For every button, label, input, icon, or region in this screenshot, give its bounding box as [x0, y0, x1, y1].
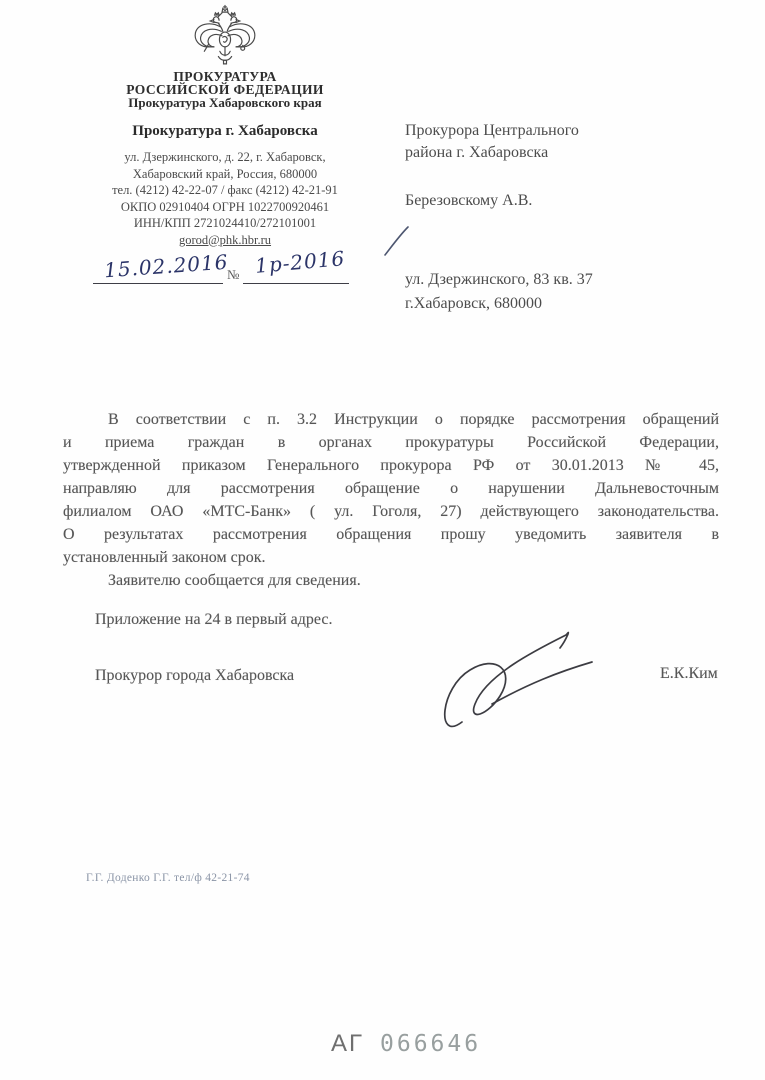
number-underline — [243, 282, 349, 284]
signoff-title: Прокурор города Хабаровска — [95, 667, 294, 685]
pen-signature-icon — [440, 622, 605, 747]
letterhead-address-line1: ул. Дзержинского, д. 22, г. Хабаровск, — [60, 149, 390, 166]
signoff-name: Е.К.Ким — [660, 665, 718, 683]
handwritten-number: 1р-2016 — [254, 246, 346, 278]
attachment-line: Приложение на 24 в первый адрес. — [95, 611, 332, 629]
stamp-series: АГ — [331, 1030, 364, 1058]
recipient-block: Прокурора Центрального района г. Хабаров… — [405, 120, 579, 212]
russian-coat-of-arms-icon — [188, 4, 262, 72]
body-paragraph: В соответствии с п. 3.2 Инструкции о пор… — [63, 408, 719, 592]
recipient-address: ул. Дзержинского, 83 кв. 37 г.Хабаровск,… — [405, 268, 593, 316]
office-name: Прокуратура г. Хабаровска — [60, 123, 390, 140]
letterhead-okpo-line: ОКПО 02910404 ОГРН 1022700920461 — [60, 199, 390, 216]
body-line: Заявителю сообщается для сведения. — [63, 569, 719, 592]
pen-slash-mark-icon — [380, 222, 414, 258]
body-line: О результатах рассмотрения обращения про… — [63, 523, 719, 546]
body-line: утвержденной приказом Генерального проку… — [63, 454, 719, 477]
letterhead-address-line2: Хабаровский край, Россия, 680000 — [60, 166, 390, 183]
body-line: направляю для рассмотрения обращение о н… — [63, 477, 719, 500]
spacer — [405, 164, 579, 190]
recipient-address-line1: ул. Дзержинского, 83 кв. 37 — [405, 268, 593, 292]
stamp-number: 066646 — [380, 1031, 481, 1057]
form-stamp: АГ 066646 — [331, 1030, 481, 1058]
recipient-address-line2: г.Хабаровск, 680000 — [405, 292, 593, 316]
body-line: филиалом ОАО «МТС-Банк» ( ул. Гоголя, 27… — [63, 500, 719, 523]
handwritten-date: 15.02.2016 — [103, 250, 229, 283]
letterhead: ПРОКУРАТУРА РОССИЙСКОЙ ФЕДЕРАЦИИ Прокура… — [60, 70, 390, 248]
org-name-line3: Прокуратура Хабаровского края — [60, 96, 390, 110]
date-underline — [93, 282, 223, 284]
body-line: установленный законом срок. — [63, 546, 719, 569]
letterhead-inn-line: ИНН/КПП 2721024410/272101001 — [60, 215, 390, 232]
recipient-line2: района г. Хабаровска — [405, 142, 579, 164]
scanned-letter-page: ПРОКУРАТУРА РОССИЙСКОЙ ФЕДЕРАЦИИ Прокура… — [0, 0, 765, 1080]
body-line: и приема граждан в органах прокуратуры Р… — [63, 431, 719, 454]
recipient-name: Березовскому А.В. — [405, 190, 579, 212]
letterhead-phone-line: тел. (4212) 42-22-07 / факс (4212) 42-21… — [60, 182, 390, 199]
letterhead-contacts: ул. Дзержинского, д. 22, г. Хабаровск, Х… — [60, 149, 390, 248]
body-line: В соответствии с п. 3.2 Инструкции о пор… — [63, 408, 719, 431]
recipient-line1: Прокурора Центрального — [405, 120, 579, 142]
executor-line: Г.Г. Доденко Г.Г. тел/ф 42-21-74 — [86, 872, 250, 884]
